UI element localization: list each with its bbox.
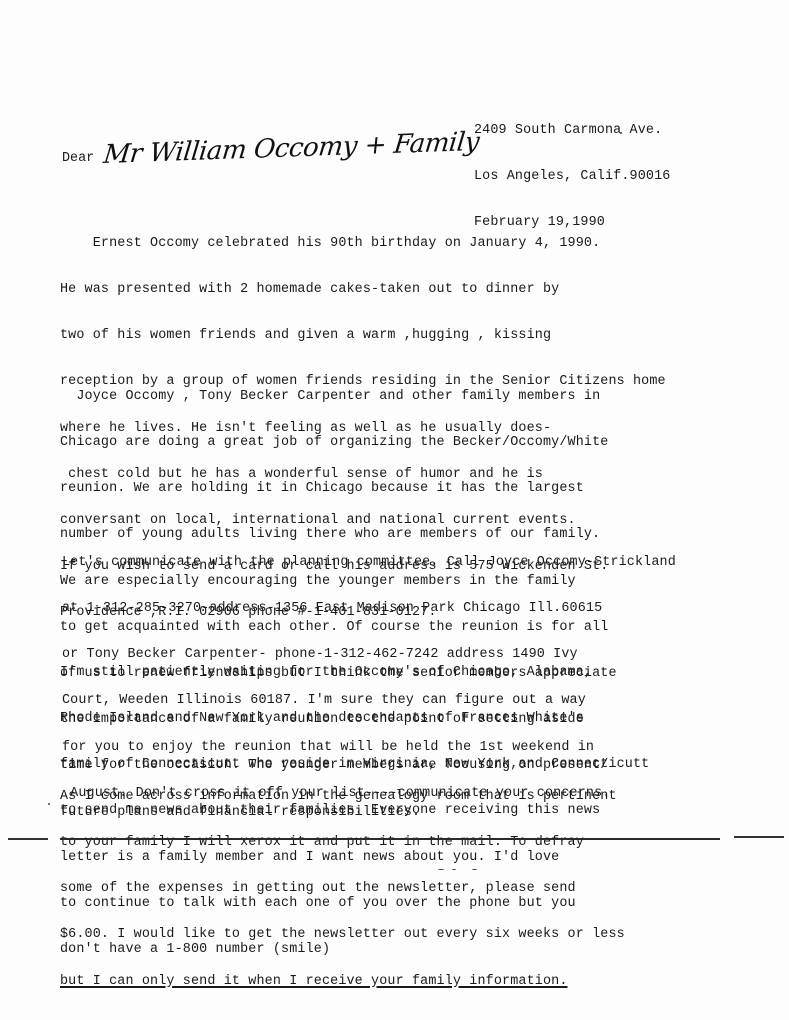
scan-speck xyxy=(438,869,444,870)
salutation-typed: Dear xyxy=(62,151,94,170)
bottom-rule-left xyxy=(8,838,48,840)
scan-speck xyxy=(452,869,456,870)
text-line: reunion. We are holding it in Chicago be… xyxy=(60,481,617,496)
scan-speck xyxy=(472,869,477,870)
text-line: Joyce Occomy , Tony Becker Carpenter and… xyxy=(60,389,617,404)
text-line: He was presented with 2 homemade cakes-t… xyxy=(60,282,666,297)
text-line: Rhode Island and New York and the descen… xyxy=(60,711,649,726)
letter-page: 2409 South Carmona Ave. Los Angeles, Cal… xyxy=(0,0,789,1020)
bottom-rule-right xyxy=(734,836,784,838)
scan-speck xyxy=(48,803,50,805)
text-line: Let's communicate with the planning comm… xyxy=(62,555,676,570)
bottom-rule-main xyxy=(60,838,720,840)
text-line: Ernest Occomy celebrated his 90th birthd… xyxy=(60,236,666,251)
text-line: Chicago are doing a great job of organiz… xyxy=(60,435,617,450)
paragraph-newsletter-expenses: As I come across information in the gene… xyxy=(60,758,625,1020)
salutation-handwritten-name: Mr William Occomy + Family xyxy=(102,127,481,170)
address-line-city: Los Angeles, Calif.90016 xyxy=(474,169,670,184)
salutation: Dear Mr William Occomy + Family xyxy=(62,140,476,170)
text-line: two of his women friends and given a war… xyxy=(60,328,666,343)
text-line: some of the expenses in getting out the … xyxy=(60,881,625,896)
text-line: $6.00. I would like to get the newslette… xyxy=(60,927,625,942)
text-line-underlined: but I can only send it when I receive yo… xyxy=(60,974,625,989)
text-line: I'm still patiently waiting for the Occo… xyxy=(60,665,649,680)
scan-speck xyxy=(620,132,622,134)
text-line: As I come across information in the gene… xyxy=(60,789,625,804)
text-line: at 1-312-285-3270-address-1356 East Madi… xyxy=(62,601,676,616)
address-line-street: 2409 South Carmona Ave. xyxy=(474,123,670,138)
